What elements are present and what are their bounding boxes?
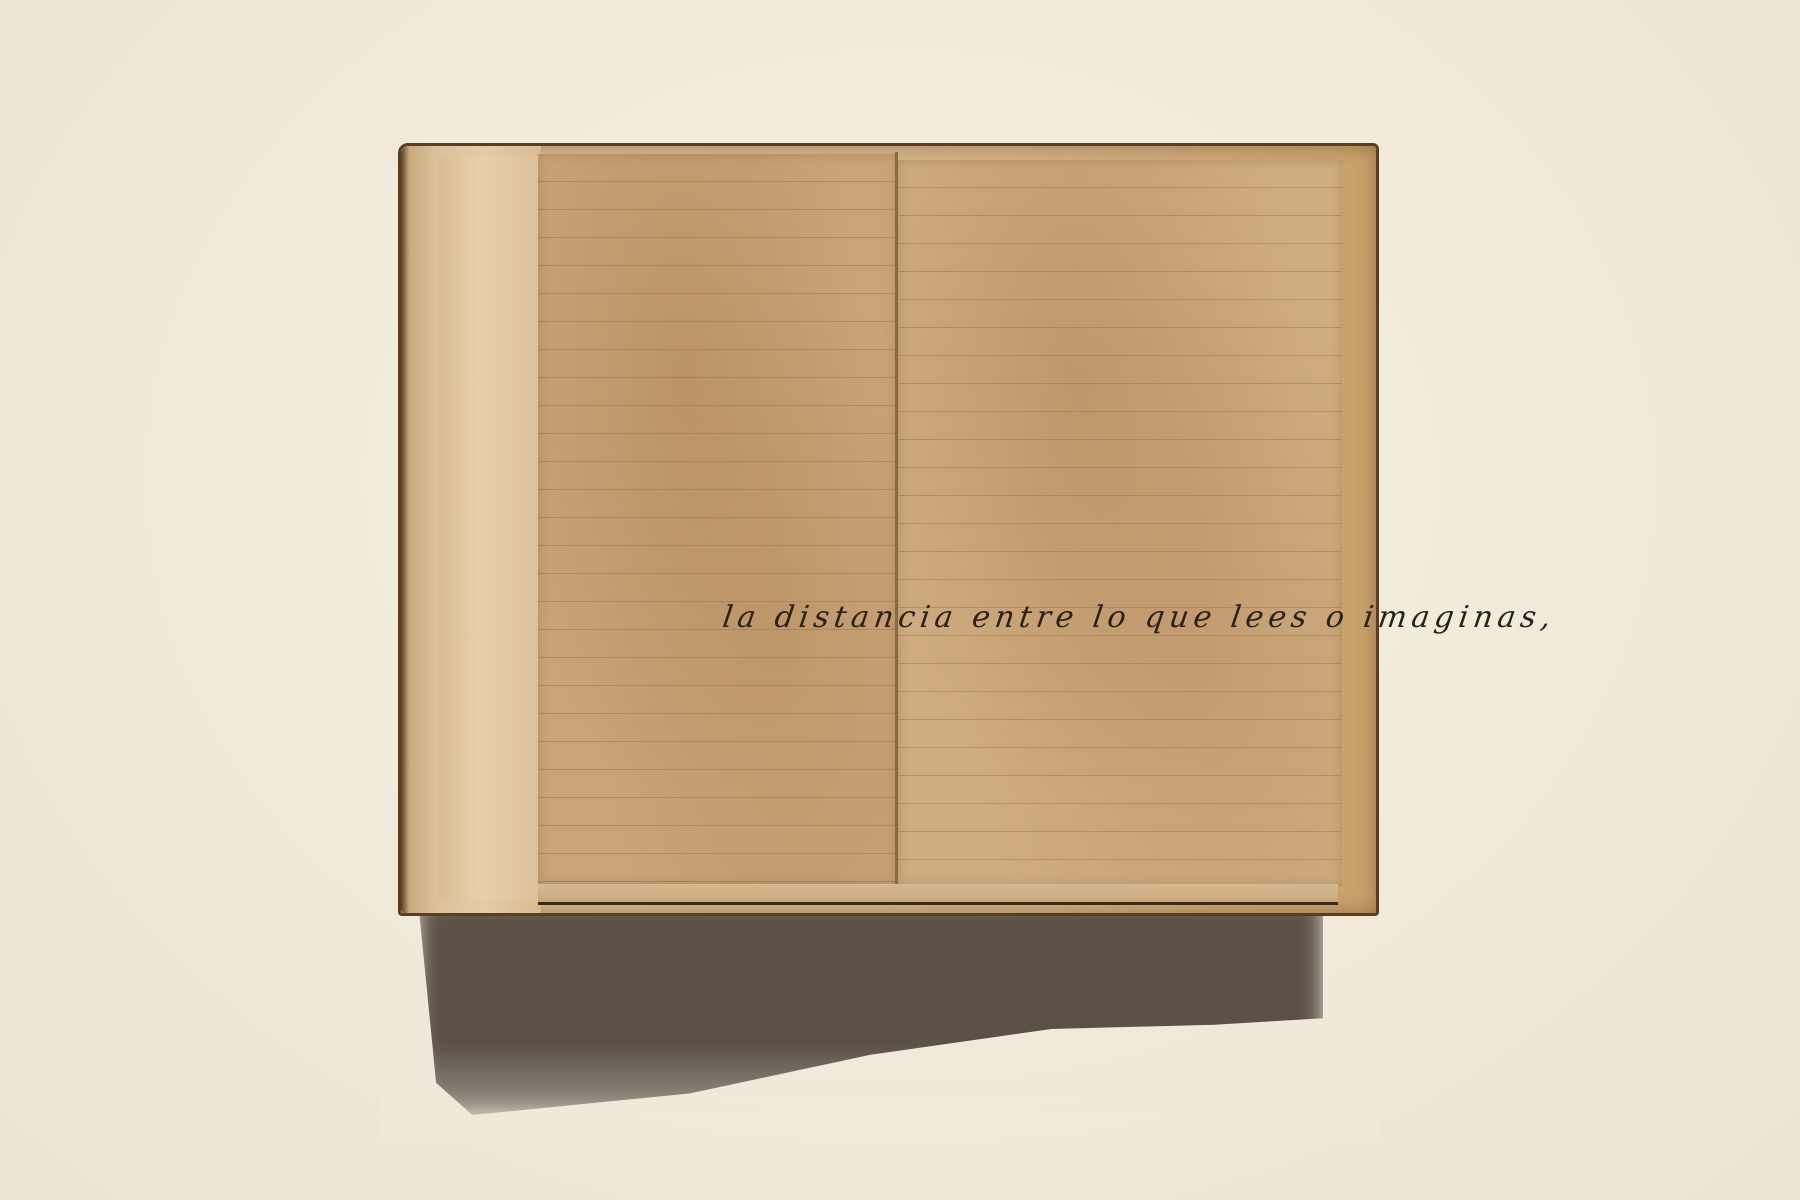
handwritten-text: la distancia entre lo que lees o imagina… xyxy=(721,600,1558,635)
flyleaf-strip xyxy=(439,156,539,901)
page-bottom-edge xyxy=(538,884,1338,905)
left-page xyxy=(538,154,896,884)
open-notebook xyxy=(398,143,1379,916)
right-page xyxy=(898,160,1342,886)
shadow-fade xyxy=(380,980,1380,1140)
